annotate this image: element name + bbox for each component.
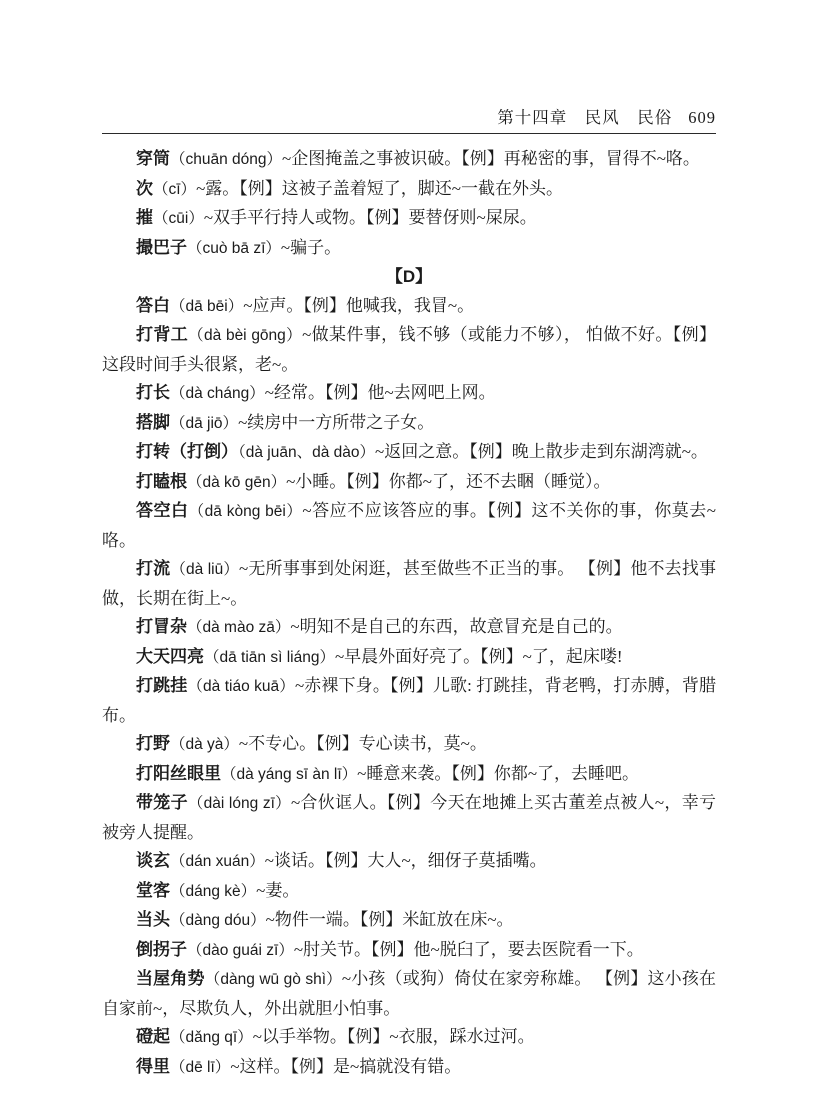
dictionary-entry: 打长（dà cháng）~经常。【例】他~去网吧上网。 — [102, 379, 716, 409]
entry-pinyin: （dà yà） — [170, 736, 239, 753]
entry-pinyin: （cuò bā zī） — [187, 240, 281, 257]
entry-headword: 打阳丝眼里 — [136, 764, 221, 783]
dictionary-entry: 磴起（dǎng qī）~以手举物。【例】~衣服，踩水过河。 — [102, 1023, 716, 1053]
entry-definition: ~小睡。【例】你都~了，还不去睏（睡觉）。 — [286, 472, 610, 491]
entry-definition: ~以手举物。【例】~衣服，踩水过河。 — [253, 1027, 535, 1046]
entry-headword: 当头 — [136, 910, 170, 929]
entry-headword: 大天四亮 — [136, 647, 204, 666]
entry-pinyin: （dà yáng sī àn lī） — [221, 766, 357, 783]
dictionary-entry: 打瞌根（dà kō gēn）~小睡。【例】你都~了，还不去睏（睡觉）。 — [102, 468, 716, 498]
entry-headword: 磴起 — [136, 1027, 170, 1046]
dictionary-entry: 打背工（dà bèi gōng）~做某件事，钱不够（或能力不够）， 怕做不好。【… — [102, 321, 716, 379]
dictionary-entry: 答白（dā bēi）~应声。【例】他喊我，我冒~。 — [102, 292, 716, 322]
entry-list: 穿筒（chuān dóng）~企图掩盖之事被识破。【例】再秘密的事，冒得不~咯。… — [102, 145, 716, 1082]
entry-definition: ~明知不是自己的东西，故意冒充是自己的。 — [290, 617, 622, 636]
entry-headword: 撮巴子 — [136, 238, 187, 257]
entry-headword: 打转（打倒） — [136, 442, 238, 461]
entry-pinyin: （chuān dóng） — [170, 151, 282, 168]
dictionary-entry: 当屋角势（dàng wū gò shì）~小孩（或狗）倚仗在家旁称雄。 【例】这… — [102, 965, 716, 1023]
entry-headword: 打瞌根 — [136, 472, 187, 491]
entry-definition: ~谈话。【例】大人~，细伢子莫插嘴。 — [265, 851, 547, 870]
entry-headword: 打野 — [136, 734, 170, 753]
entry-pinyin: （dā jiō） — [170, 415, 238, 432]
entry-headword: 谈玄 — [136, 851, 170, 870]
entry-definition: ~续房中一方所带之子女。 — [238, 413, 434, 432]
dictionary-entry: 大天四亮（dā tiān sì liáng）~早晨外面好亮了。【例】~了，起床喽… — [102, 643, 716, 673]
entry-headword: 打流 — [136, 559, 170, 578]
entry-pinyin: （dàng wū gò shì） — [205, 971, 342, 988]
entry-headword: 答白 — [136, 296, 170, 315]
entry-pinyin: （dà cháng） — [170, 385, 265, 402]
entry-definition: ~双手平行持人或物。【例】要替伢则~屎尿。 — [204, 208, 537, 227]
entry-pinyin: （dài lóng zī） — [188, 795, 291, 812]
entry-headword: 倒拐子 — [136, 940, 187, 959]
entry-definition: ~骗子。 — [281, 238, 341, 257]
entry-headword: 答空白 — [136, 501, 189, 520]
entry-headword: 当屋角势 — [136, 969, 205, 988]
dictionary-entry: 带笼子（dài lóng zī）~合伙诓人。【例】今天在地摊上买古董差点被人~，… — [102, 789, 716, 847]
dictionary-entry: 撮巴子（cuò bā zī）~骗子。 — [102, 234, 716, 264]
entry-pinyin: （dà juān、dà dào） — [238, 444, 375, 461]
entry-pinyin: （dǎng qī） — [170, 1029, 253, 1046]
entry-definition: ~返回之意。【例】晚上散步走到东湖湾就~。 — [375, 442, 708, 461]
page-number: 609 — [688, 108, 716, 128]
dictionary-entry: 次（cī）~露。【例】这被子盖着短了，脚还~一截在外头。 — [102, 175, 716, 205]
entry-pinyin: （dà kō gēn） — [187, 474, 286, 491]
entry-pinyin: （dà bèi gōng） — [188, 327, 302, 344]
entry-definition: ~应声。【例】他喊我，我冒~。 — [243, 296, 474, 315]
running-header: 第十四章 民风 民俗 609 — [102, 104, 716, 133]
chapter-title: 第十四章 民风 民俗 — [497, 104, 672, 128]
entry-headword: 得里 — [136, 1057, 170, 1076]
dictionary-entry: 打冒杂（dà mào zā）~明知不是自己的东西，故意冒充是自己的。 — [102, 613, 716, 643]
entry-definition: ~露。【例】这被子盖着短了，脚还~一截在外头。 — [196, 179, 563, 198]
entry-definition: ~早晨外面好亮了。【例】~了，起床喽! — [335, 647, 623, 666]
section-letter-heading: 【D】 — [102, 263, 716, 292]
entry-pinyin: （dē lī） — [170, 1059, 230, 1076]
page-content: 第十四章 民风 民俗 609 穿筒（chuān dóng）~企图掩盖之事被识破。… — [102, 104, 716, 1082]
entry-headword: 带笼子 — [136, 793, 188, 812]
entry-definition: ~睡意来袭。【例】你都~了，去睡吧。 — [357, 764, 639, 783]
entry-headword: 打跳挂 — [136, 676, 187, 695]
dictionary-entry: 打阳丝眼里（dà yáng sī àn lī）~睡意来袭。【例】你都~了，去睡吧… — [102, 760, 716, 790]
entry-pinyin: （dàng dóu） — [170, 912, 266, 929]
entry-definition: ~物件一端。【例】米缸放在床~。 — [266, 910, 514, 929]
entry-pinyin: （dā tiān sì liáng） — [204, 649, 335, 666]
entry-pinyin: （cī） — [153, 181, 196, 198]
dictionary-entry: 得里（dē lī）~这样。【例】是~搞就没有错。 — [102, 1053, 716, 1083]
entry-pinyin: （dà liū） — [170, 561, 239, 578]
entry-definition: ~企图掩盖之事被识破。【例】再秘密的事，冒得不~咯。 — [282, 149, 700, 168]
entry-headword: 搭脚 — [136, 413, 170, 432]
entry-pinyin: （dáng kè） — [170, 883, 256, 900]
dictionary-entry: 打流（dà liū）~无所事事到处闲逛，甚至做些不正当的事。 【例】他不去找事做… — [102, 555, 716, 613]
dictionary-entry: 当头（dàng dóu）~物件一端。【例】米缸放在床~。 — [102, 906, 716, 936]
dictionary-entry: 穿筒（chuān dóng）~企图掩盖之事被识破。【例】再秘密的事，冒得不~咯。 — [102, 145, 716, 175]
dictionary-entry: 摧（cūi）~双手平行持人或物。【例】要替伢则~屎尿。 — [102, 204, 716, 234]
entry-pinyin: （dā bēi） — [170, 298, 243, 315]
entry-headword: 次 — [136, 179, 153, 198]
entry-pinyin: （dào guái zī） — [187, 942, 294, 959]
dictionary-entry: 倒拐子（dào guái zī）~肘关节。【例】他~脱臼了，要去医院看一下。 — [102, 936, 716, 966]
entry-headword: 打长 — [136, 383, 170, 402]
entry-headword: 堂客 — [136, 881, 170, 900]
entry-definition: ~肘关节。【例】他~脱臼了，要去医院看一下。 — [294, 940, 644, 959]
entry-headword: 打冒杂 — [136, 617, 187, 636]
entry-pinyin: （dà mào zā） — [187, 619, 290, 636]
dictionary-entry: 打跳挂（dà tiáo kuā）~赤裸下身。【例】儿歌: 打跳挂，背老鸭，打赤膊… — [102, 672, 716, 730]
book-page: 第十四章 民风 民俗 609 穿筒（chuān dóng）~企图掩盖之事被识破。… — [0, 0, 816, 1099]
entry-definition: ~妻。 — [256, 881, 299, 900]
entry-pinyin: （dā kòng bēi） — [189, 503, 303, 520]
dictionary-entry: 堂客（dáng kè）~妻。 — [102, 877, 716, 907]
dictionary-entry: 打野（dà yà）~不专心。【例】专心读书，莫~。 — [102, 730, 716, 760]
dictionary-entry: 搭脚（dā jiō）~续房中一方所带之子女。 — [102, 409, 716, 439]
dictionary-entry: 打转（打倒）（dà juān、dà dào）~返回之意。【例】晚上散步走到东湖湾… — [102, 438, 716, 468]
dictionary-entry: 答空白（dā kòng bēi）~答应不应该答应的事。【例】这不关你的事，你莫去… — [102, 497, 716, 555]
entry-headword: 穿筒 — [136, 149, 170, 168]
entry-headword: 打背工 — [136, 325, 188, 344]
entry-headword: 摧 — [136, 208, 153, 227]
entry-definition: ~经常。【例】他~去网吧上网。 — [265, 383, 496, 402]
entry-definition: ~不专心。【例】专心读书，莫~。 — [239, 734, 487, 753]
header-rule — [102, 133, 716, 134]
entry-pinyin: （dà tiáo kuā） — [187, 678, 295, 695]
entry-definition: ~这样。【例】是~搞就没有错。 — [230, 1057, 461, 1076]
entry-pinyin: （dán xuán） — [170, 853, 265, 870]
entry-pinyin: （cūi） — [153, 210, 204, 227]
dictionary-entry: 谈玄（dán xuán）~谈话。【例】大人~，细伢子莫插嘴。 — [102, 847, 716, 877]
